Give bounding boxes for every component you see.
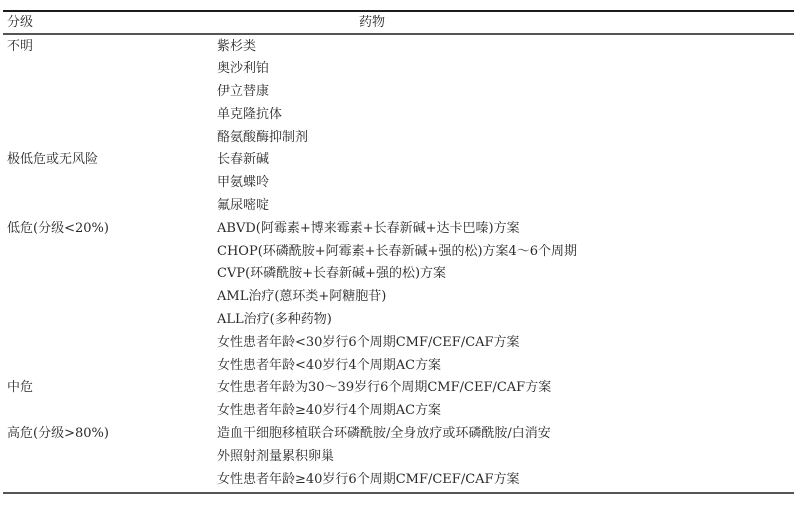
header-grade: 分级 bbox=[7, 12, 33, 33]
drug-item: 女性患者年龄为30～39岁行6个周期CMF/CEF/CAF方案 bbox=[217, 377, 794, 400]
drug-item: 女性患者年龄≥40岁行4个周期AC方案 bbox=[217, 400, 794, 423]
drug-item: 奥沙利铂 bbox=[217, 58, 794, 81]
grade-label: 极低危或无风险 bbox=[7, 149, 98, 172]
drug-item: ALL治疗(多种药物) bbox=[217, 309, 794, 332]
drug-item: 酪氨酸酶抑制剂 bbox=[217, 127, 794, 150]
drug-item: CVP(环磷酰胺+长春新碱+强的松)方案 bbox=[217, 263, 794, 286]
group-high-risk: 高危(分级>80%) 造血干细胞移植联合环磷酰胺/全身放疗或环磷酰胺/白消安 外… bbox=[3, 423, 794, 491]
header-drug: 药物 bbox=[359, 12, 385, 33]
drug-item: ABVD(阿霉素+博来霉素+长春新碱+达卡巴嗪)方案 bbox=[217, 218, 794, 241]
table-body: 不明 紫杉类 奥沙利铂 伊立替康 单克隆抗体 酪氨酸酶抑制剂 极低危或无风险 长… bbox=[3, 35, 794, 492]
grade-label: 中危 bbox=[7, 377, 33, 400]
risk-classification-table: 分级 药物 不明 紫杉类 奥沙利铂 伊立替康 单克隆抗体 酪氨酸酶抑制剂 极低危… bbox=[3, 10, 794, 494]
group-low-risk: 低危(分级<20%) ABVD(阿霉素+博来霉素+长春新碱+达卡巴嗪)方案 CH… bbox=[3, 218, 794, 378]
grade-label: 高危(分级>80%) bbox=[7, 423, 109, 446]
table-bottom-rule bbox=[3, 492, 794, 494]
grade-label: 不明 bbox=[7, 36, 33, 59]
drug-item: 女性患者年龄≥40岁行6个周期CMF/CEF/CAF方案 bbox=[217, 469, 794, 492]
drug-item: 紫杉类 bbox=[217, 36, 794, 59]
drug-item: 女性患者年龄<40岁行4个周期AC方案 bbox=[217, 355, 794, 378]
drug-item: 外照射剂量累积卵巢 bbox=[217, 446, 794, 469]
drug-item: 氟尿嘧啶 bbox=[217, 195, 794, 218]
group-very-low-risk: 极低危或无风险 长春新碱 甲氨蝶呤 氟尿嘧啶 bbox=[3, 149, 794, 217]
group-unknown: 不明 紫杉类 奥沙利铂 伊立替康 单克隆抗体 酪氨酸酶抑制剂 bbox=[3, 36, 794, 150]
group-medium-risk: 中危 女性患者年龄为30～39岁行6个周期CMF/CEF/CAF方案 女性患者年… bbox=[3, 377, 794, 423]
drug-item: 伊立替康 bbox=[217, 81, 794, 104]
drug-item: 造血干细胞移植联合环磷酰胺/全身放疗或环磷酰胺/白消安 bbox=[217, 423, 794, 446]
table-header-row: 分级 药物 bbox=[3, 12, 794, 33]
drug-item: 长春新碱 bbox=[217, 149, 794, 172]
drug-item: AML治疗(蒽环类+阿糖胞苷) bbox=[217, 286, 794, 309]
drug-item: 甲氨蝶呤 bbox=[217, 172, 794, 195]
grade-label: 低危(分级<20%) bbox=[7, 218, 109, 241]
drug-item: 女性患者年龄<30岁行6个周期CMF/CEF/CAF方案 bbox=[217, 332, 794, 355]
drug-item: 单克隆抗体 bbox=[217, 104, 794, 127]
drug-item: CHOP(环磷酰胺+阿霉素+长春新碱+强的松)方案4～6个周期 bbox=[217, 241, 794, 264]
